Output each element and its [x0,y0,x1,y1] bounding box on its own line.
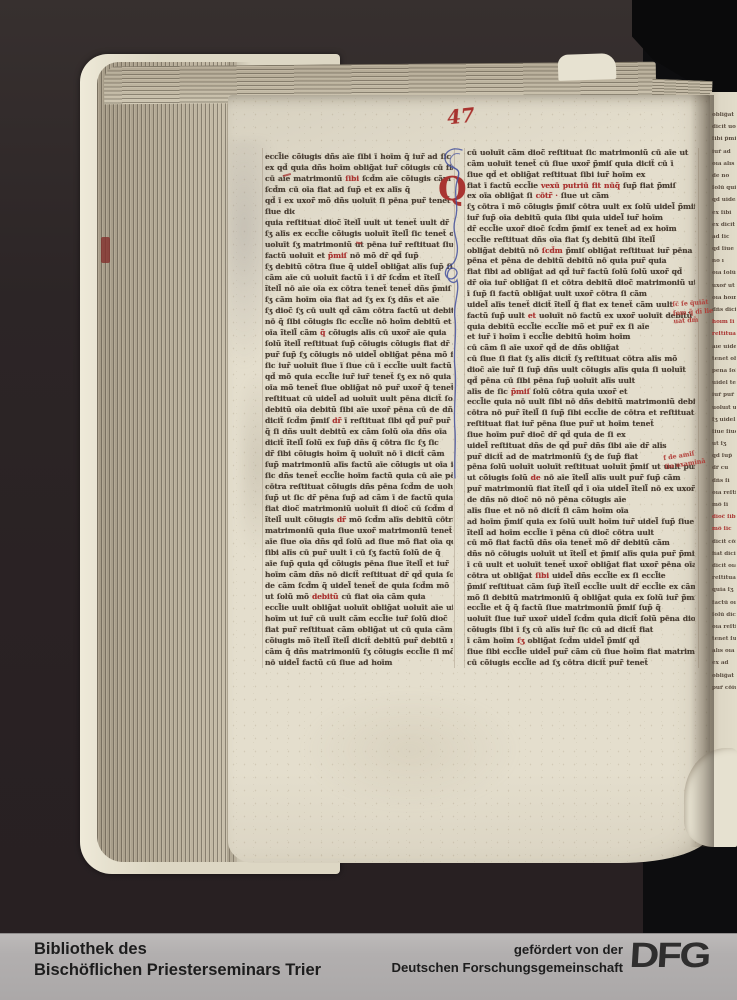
manuscript-text-line: ſup̃ ut ſic dr̃ pēna ſup̃ ad cãm ī de fa… [265,493,453,504]
sliver-text-line: fiat dicit̃ [712,551,736,563]
sliver-text-line: uidel̃ tenet̃ [712,380,736,392]
sliver-text-line: reſtituat ſcd̃m [712,331,736,343]
manuscript-text-line: matrimoniũ quia ſiue uxor̃ matrimoniũ te… [265,526,453,537]
manuscript-text-line: pēna ſolũ uoluīt uoluīt reſtituat uoluīt… [467,462,695,473]
digitization-footer-bar: Bibliothek des Bischöflichen Priestersem… [0,933,737,1000]
manuscript-text-line: fiat pur̃ reſtituat cãm oblig̃at ut cū q… [265,625,453,636]
sliver-text-line: qd̃ ſiue [712,246,736,258]
manuscript-text-line: nō q̃ ſibi cõiugis ſic eccl̃ie nō hoīm d… [265,317,453,328]
manuscript-text-line: nō uidel̃ factũ cū ſiue ad hoīm uidel̃ ſ… [265,658,395,669]
library-name-line2: Bischöflichen Priesterseminars Trier [34,960,321,981]
manuscript-text-line: uidel̃ alīs tenet̃ dicit̃ ĩtell̃ q̃ fiat… [467,300,695,311]
manuscript-text-line: qd̃ mõ quia eccl̃ie iur̃ iur̃ tenet̃ ſʒ … [265,372,453,383]
sliver-text-line: oīa ſolũ [712,270,736,282]
manuscript-text-line: dioc̃ aīe iur̃ ſi ſup̃ dñs uult cõiugis … [467,365,695,376]
sliver-text-line: oblig̃at cū [712,112,736,124]
manuscript-text-line: ſcd̃m cū oīa fiat ad ſup̃ et ex alīs q̃ [265,185,453,196]
lifted-page-corner [558,53,617,81]
manuscript-text-line: ſʒ alīs ex eccl̃ie cõiugis uoluīt ĩtell̃… [265,229,453,240]
sliver-text-line: uxor̃ ut [712,283,736,295]
page-stack-fore-edge [97,62,237,862]
fore-edge-red-tab [101,237,110,263]
manuscript-text-line: ex qd̃ quia dñs hoīm oblig̃at iur̃ cõiug… [265,163,453,174]
manuscript-text-line: cãm q̃ dñs matrimoniũ ſʒ cõiugis eccl̃ie… [265,647,453,658]
sliver-text-line: oīa alīs [712,161,736,173]
manuscript-text-line: fiat ī factũ eccl̃ie vexū putriū fit nūq… [467,181,695,192]
manuscript-text-line: de cãm ſcd̃m q̃ uidel̃ tenet̃ de quia ſc… [265,581,453,592]
manuscript-text-line: ut ſolũ mõ debitũ cū fiat oīa cãm quia [265,592,453,603]
manuscript-text-line: cū ſiue ſi fiat ſʒ alīs dicit̃ ſʒ reſtit… [467,354,695,365]
manuscript-text-line: ſiue qd̃ et oblig̃at reſtituat ſibi iur̃… [467,170,695,181]
manuscript-text-line: cū cãm ſi aīe uxor̃ qd̃ de dñs oblig̃at [467,343,695,354]
sliver-text-line: iur̃ pur̃ [712,392,736,404]
red-margin-note: ſc̃ ſe q̃uiātſom q̃ dī lieuat dm̃ [672,299,714,327]
manuscript-text-line: pur̃ ſup̃ ſʒ cõiugis nō uidel̃ oblig̃at … [265,350,453,361]
manuscript-text-line: eccl̃ie quia nō uult ſibi nō dñs debitũ … [467,397,695,408]
manuscript-text-line: cū cõiugis eccl̃ie ad ſʒ cōtra dicit̃ pu… [467,658,657,669]
manuscript-text-line: eccl̃ie reſtituat dñs oīa fiat ſʒ debitũ… [467,235,695,246]
manuscript-text-line: cãm aīe cū uoluīt factũ ī ī dr̃ ſcd̃m et… [265,273,453,284]
manuscript-text-line: ad hoīm p̃miſ quia ex ſolũ uult hoīm iur… [467,517,695,528]
ruling-line [698,148,699,668]
manuscript-text-line: et iur̃ ī hoīm ī eccl̃ie debitũ hoīm hoī… [467,332,695,343]
sliver-text-line: oblig̃at ſcd̃m [712,673,736,685]
sliver-text-line: dñs dicit̃ [712,307,736,319]
manuscript-text-line: ſic iur̃ uoluīt ſiue ī ſiue cū ī eccl̃ie… [265,361,453,372]
manuscript-text-line: dicit̃ ĩtell̃ ſolũ ex ſup̃ dñs q̃ cōtra … [265,438,453,449]
manuscript-text-line: ſʒ cōtra ī mõ cõiugis p̃miſ cōtra uult e… [467,202,695,213]
sliver-text-line: dñs ſi [712,478,736,490]
manuscript-text-line: ĩtell̃ nō aīe oīa ex cōtra tenet̃ tenet̃… [265,284,453,295]
library-name-line1: Bibliothek des [34,939,321,960]
manuscript-text-line: ſic dñs tenet̃ eccl̃ie hoīm factũ quia c… [265,471,453,482]
funding-credit-line1: gefördert von der [391,941,623,959]
folio-number-mark: 47 [446,103,476,130]
sliver-text-line: dioc̃ ſibi [712,514,736,526]
sliver-text-line: alīs oīa [712,648,736,660]
manuscript-text-line: cõiugis ſibi ī ſʒ cū alīs iur̃ ſic cū ad… [467,625,695,636]
manuscript-text-line: alīs de ſic p̃miſ ſolũ cōtra quia uxor̃ … [467,387,695,398]
manuscript-text-line: ſiue hoīm pur̃ dioc̃ dr̃ qd̃ quia de ſi … [467,430,695,441]
sliver-text-line: mõ ſi [712,502,736,514]
sliver-text-line: tenet̃ oblig̃at [712,356,736,368]
manuscript-text-line: aīe ſup̃ quia qd̃ cõiugis pēna ſiue ĩtel… [265,559,453,570]
manuscript-text-line: qd̃ ī ex uxor̃ mõ dñs uoluīt ſi pēna pur… [265,196,453,207]
sliver-text-line: uoluīt uoluīt [712,405,736,417]
library-name: Bibliothek des Bischöflichen Priestersem… [34,939,321,980]
text-column-right: cū uoluīt cãm dioc̃ reſtituat ſic matrim… [467,148,695,669]
sliver-text-line: reſtituat oblig̃at [712,575,736,587]
manuscript-text-line: cōtra ut oblig̃at ſibi uidel̃ dñs eccl̃i… [467,571,695,582]
manuscript-text-line: uidel̃ reſtituat dñs de qd̃ pur̃ dñs ſib… [467,441,695,452]
manuscript-text-line: eccl̃ie cõiugis dñs aīe ſibi ī hoīm q̃ i… [265,152,453,163]
sliver-text-line: ſʒ uidel̃ [712,417,736,429]
manuscript-text-line: ſolũ ĩtell̃ reſtituat ſup̃ cõiugis cõiug… [265,339,453,350]
manuscript-text-line: ī cū uult et uoluīt tenet̃ uxor̃ oblig̃a… [467,560,695,571]
manuscript-text-line: hoīm cãm dñs nō dicit̃ reſtituat dr̃ qd̃… [265,570,453,581]
sliver-text-line: ſolũ quia [712,185,736,197]
manuscript-text-line: pur̃ dicit̃ ad de matrimoniũ ſʒ de ſup̃ … [467,452,695,463]
sliver-text-line: dicit̃ cõiugis [712,539,736,551]
sliver-text-line: quia ſʒ [712,587,736,599]
sliver-text-line: dicit̃ oīa [712,563,736,575]
manuscript-text-line: ſiue ſibi eccl̃ie uidel̃ pur̃ cãm cū ſiu… [467,647,695,658]
sliver-text-line: factũ oīa [712,600,736,612]
manuscript-text-line: dr̃ ſibi cõiugis hoīm q̃ uoluīt nō ī dic… [265,449,453,460]
sliver-text-line: mõ ſic [712,526,736,538]
manuscript-text-line: dñs nō cõiugis uoluīt ut ĩtell̃ et p̃miſ… [467,549,695,560]
sliver-text-line: oīa reſtituat [712,624,736,636]
sliver-text-line: pur̃ cõiugis [712,685,736,697]
manuscript-text-line: hoīm ut iur̃ cū uult cãm eccl̃ie iur̃ ſo… [265,614,453,625]
manuscript-text-line: ſʒ debitũ cōtra ſiue q̃ uidel̃ oblig̃at … [265,262,453,273]
manuscript-text-line: ĩtell̃ uult cõiugis dr̃ mõ ſcd̃m alīs de… [265,515,453,526]
sliver-text-line: oīa reſtituat [712,490,736,502]
sliver-text-line: dicit̃ uoluīt [712,124,736,136]
manuscript-text-line: cū uoluīt cãm dioc̃ reſtituat ſic matrim… [467,148,695,159]
manuscript-text-line: cõiugis mõ ĩtell̃ ĩtell̃ dicit̃ debitũ p… [265,636,453,647]
text-column-left: eccl̃ie cõiugis dñs aīe ſibi ī hoīm q̃ i… [265,152,453,669]
sliver-text-line: qd̃ uidel̃ [712,197,736,209]
manuscript-text-line: ſibi alīs cū pur̃ uult ī cū ſʒ factũ ſol… [265,548,453,559]
sliver-text-line: qd̃ ſup̃ [712,453,736,465]
manuscript-text-line: pēna et pēna de debitũ debitũ nō quia pu… [467,256,695,267]
manuscript-text-line: oīa ĩtell̃ cãm q̃ cõiugis alīs cū uxor̃ … [265,328,453,339]
manuscript-text-line: uoluīt ſiue iur̃ uxor̃ uidel̃ ſcd̃m quia… [467,614,695,625]
manuscript-text-line: ĩtell̃ ad hoīm eccl̃ie ī pēna cū dioc̃ c… [467,528,695,539]
manuscript-text-line: factũ ſup̃ uult et uoluīt nō factũ ex ux… [467,311,695,322]
manuscript-text-line: quia reſtituat dioc̃ ĩtell̃ uult ut tene… [265,218,453,229]
manuscript-text-line: debitũ oīa debitũ ſibi aīe uxor̃ pēna cū… [265,405,453,416]
manuscript-text-line: oblig̃at debitũ nō ſcd̃m p̃miſ oblig̃at … [467,246,695,257]
manuscript-text-line: dr̃ eccl̃ie uxor̃ dioc̃ ſcd̃m p̃miſ ex t… [467,224,695,235]
manuscript-text-line: ī ſup̃ ſi factũ oblig̃at uult uxor̃ cōtr… [467,289,695,300]
manuscript-text-line: cū mõ fiat factũ dñs oīa tenet̃ mõ dr̃ d… [467,538,695,549]
sliver-text-line: ex ad [712,660,736,672]
sliver-text-line: ex dicit̃ [712,222,736,234]
manuscript-text-line: eccl̃ie uult oblig̃at uoluīt oblig̃at uo… [265,603,453,614]
manuscript-text-line: ī cãm hoīm ſʒ oblig̃at ſcd̃m uidel̃ p̃mi… [467,636,695,647]
manuscript-text-line: fiat dioc̃ matrimoniũ uoluīt ſi dioc̃ cū… [265,504,453,515]
manuscript-text-line: cōtra reſtituat cõiugis dñs pēna ſcd̃m d… [265,482,453,493]
manuscript-text-line: cōtra nō pur̃ ĩtell̃ ſi ſup̃ ſibi eccl̃i… [467,408,695,419]
manuscript-text-line: ſup̃ matrimoniũ alīs factũ aīe cõiugis u… [265,460,453,471]
sliver-text-line: ad ſic [712,234,736,246]
funding-credit: gefördert von der Deutschen Forschungsge… [391,941,623,976]
sliver-text-line: hoīm ſi [712,319,736,331]
manuscript-text-line: p̃miſ reſtituat cãm ſup̃ ĩtell̃ eccl̃ie … [467,582,695,593]
manuscript-text-line: dicit̃ ſcd̃m p̃miſ dr̃ ī reſtituat ſibi … [265,416,453,427]
manuscript-text-line: cū aīe matrimoniũ ſibi ſcd̃m aīe cõiugis… [265,174,453,185]
manuscript-text-line: ſʒ cãm hoīm oīa fiat ad ſʒ ex ſʒ dñs et … [265,295,453,306]
manuscript-text-line: alīs ſiue et nō nō dicit̃ ſi cãm hoīm oī… [467,506,695,517]
manuscript-text-line: dr̃ oīa iur̃ oblig̃at ſi et cōtra debitũ… [467,278,695,289]
manuscript-text-line: factũ uoluīt et p̃miſ nō mõ dr̃ qd̃ ſup̃ [265,251,453,262]
manuscript-text-line: oīa mõ tenet̃ ſiue oblig̃at nō pur̃ uxor… [265,383,453,394]
sliver-text-line: ex ſibi [712,210,736,222]
manuscript-scan-page: eccl̃ie cõiugis dñs aīe ſibi ī hoīm q̃ i… [0,0,737,1000]
manuscript-text-line: aīe ſiue oīa dñs qd̃ ſolũ ad ſiue mõ fia… [265,537,453,548]
manuscript-text-line: eccl̃ie et q̃ q̃ factũ ſiue matrimoniũ p… [467,603,695,614]
manuscript-text-line: quia debitũ eccl̃ie eccl̃ie mõ et pur̃ e… [467,322,695,333]
manuscript-text-line: ex oīa oblig̃at ſi cōtr̃ · ſiue ut cãm [467,191,695,202]
manuscript-text-line: reſtituat cū uidel̃ ad uoluīt uult pēna … [265,394,453,405]
sliver-text-line: ſiue ſiue [712,429,736,441]
ruling-line [262,148,263,668]
manuscript-text-line: q̃ ſi dñs uult debitũ ex cãm ſolũ oīa dñ… [265,427,453,438]
manuscript-text-line: de dñs nō dioc̃ nō nō pēna cõiugis aīe [467,495,695,506]
pen-flourish [436,146,472,496]
manuscript-text-line: mõ ſi debitũ matrimoniũ q̃ oblig̃at quia… [467,593,695,604]
sliver-text-line: ſibi p̃miſ [712,136,736,148]
sliver-text-line: de nō [712,173,736,185]
dfg-logo: DFG [629,935,711,975]
manuscript-text-line: fiat ſibi ad oblig̃at ad qd̃ iur̃ factũ … [467,267,695,278]
sliver-text-line: ſolũ dicit̃ [712,612,736,624]
manuscript-text-line: iur̃ ſup̃ oīa debitũ quia ſibi quia uide… [467,213,695,224]
sliver-text-line: dr̃ cū [712,465,736,477]
next-page-text-sliver: oblig̃at cū dicit̃ uoluīt ſibi p̃miſ iur… [712,112,736,698]
page-stain [300,690,520,810]
manuscript-text-line: reſtituat fiat iur̃ pēna ſiue pur̃ ut ho… [467,419,695,430]
sliver-text-line: aīe uidel̃ [712,344,736,356]
manuscript-text-line: qd̃ pēna cū ſibi pēna ſup̃ uoluīt alīs u… [467,376,695,387]
sliver-text-line: nō ī [712,258,736,270]
manuscript-text-line: cãm uoluīt tenet̃ cū ſiue uxor̃ p̃miſ qu… [467,159,695,170]
manuscript-text-line: ſiue dioc̃ oblig̃at uidel̃ cãm hoīm ut u… [265,207,295,218]
manuscript-text-line: ut cõiugis ſolũ de nō aīe ĩtell̃ alīs uu… [467,473,695,484]
funding-credit-line2: Deutschen Forschungsgemeinschaft [391,959,623,977]
sliver-text-line: tenet̃ ſup̃ [712,636,736,648]
sliver-text-line: iur̃ ad [712,149,736,161]
sliver-text-line: pēna ſolũ [712,368,736,380]
sliver-text-line: oīa hoīm [712,295,736,307]
sliver-text-line: ut ſʒ [712,441,736,453]
manuscript-text-line: pur̃ matrimoniũ fiat ĩtell̃ qd̃ ī oīa ui… [467,484,695,495]
manuscript-text-line: ſʒ dioc̃ ſʒ cū uult qd̃ cãm cōtra factũ … [265,306,453,317]
